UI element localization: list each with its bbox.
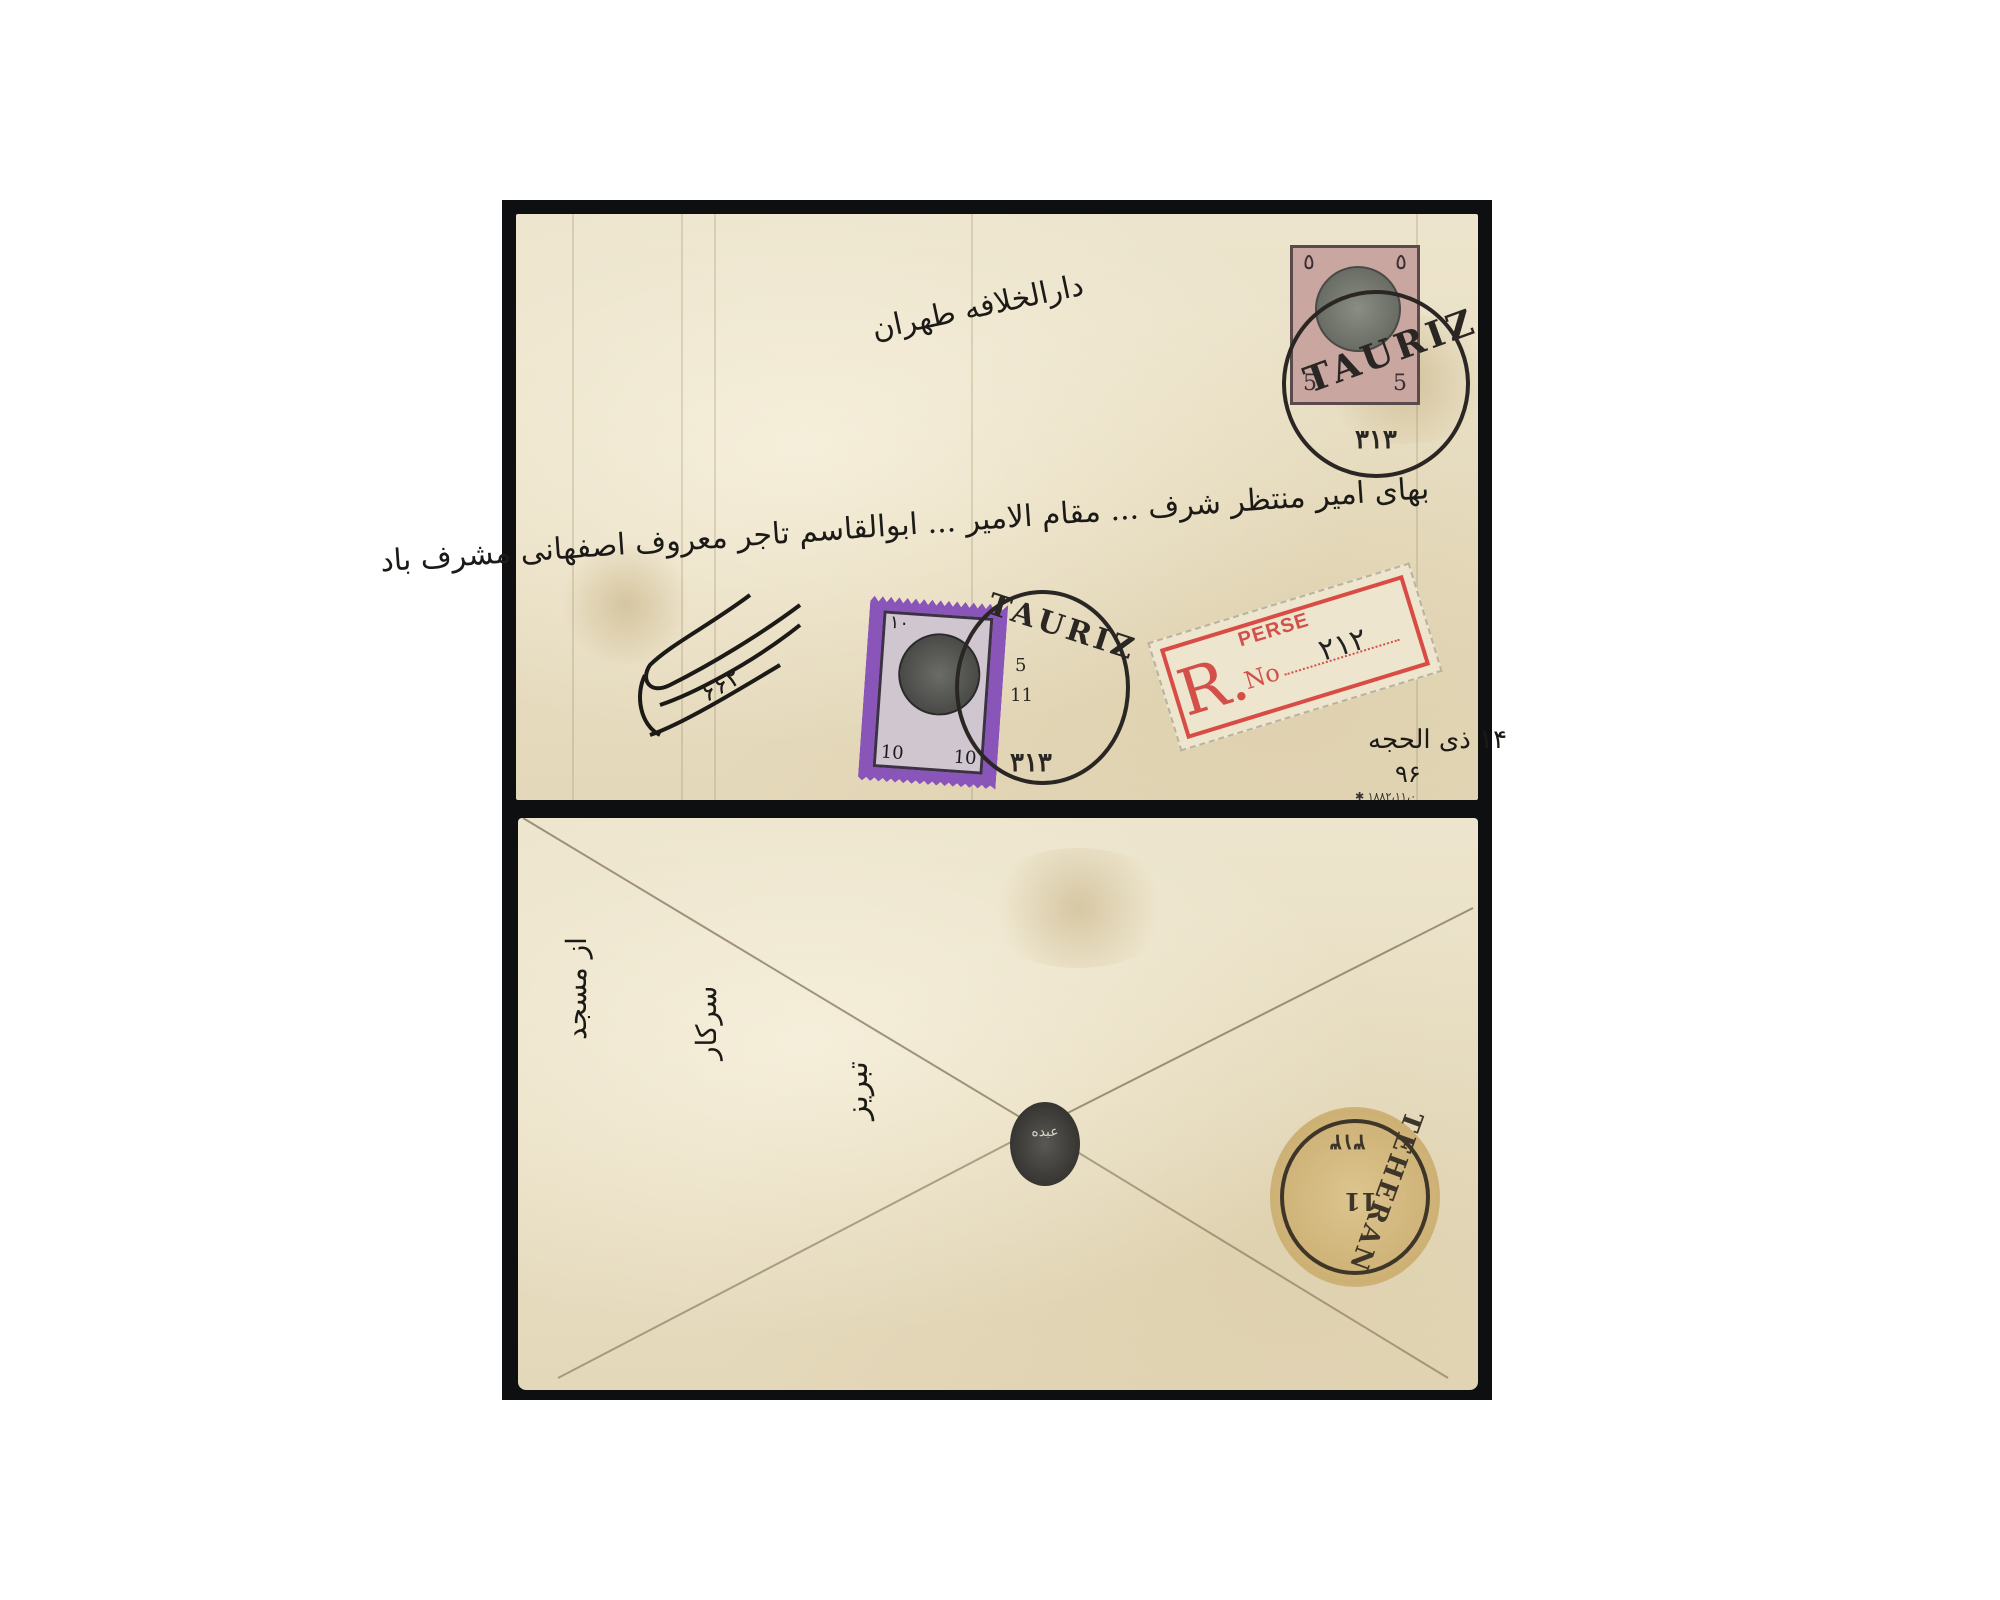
stain [978,848,1178,968]
postmark-year: ٣١٣ [1355,425,1397,455]
seal-inscription: عبده [1010,1124,1080,1140]
fold-line [572,214,574,800]
postmark-teheran-receiving: TEHERAN 11 ٣١٣ [1270,1107,1440,1287]
back-script-column-3: تبریز [840,1061,875,1120]
stamp-value-top: ٥ [1395,250,1407,275]
postmark-year: ٣١٣ [1330,1129,1365,1155]
postmark-day: 11 [1344,1187,1377,1216]
postmark-day: 5 [1015,655,1026,676]
postmark-month: 11 [1010,685,1033,706]
wax-seal: عبده [1010,1102,1080,1186]
postmark-year: ٣١٣ [1010,748,1052,778]
stamp-value-bottom-left: 10 [880,742,904,765]
right-note-year: ۹۶ [1395,760,1421,788]
stamp-value-top: ١٠ [889,612,910,634]
edge-inscription: ✱ ۱۸۸۲،۱۱،۰ [1355,790,1416,803]
back-script-column-2: سرکار [690,986,723,1060]
envelope-back [518,818,1478,1390]
stamp-value-bottom-right: 10 [953,747,977,770]
back-script-column-1: از مسجد [560,937,593,1040]
right-note-date: ۱۴ ذی الحجه [1368,725,1507,755]
stamp-value-top: ٥ [1303,250,1315,275]
